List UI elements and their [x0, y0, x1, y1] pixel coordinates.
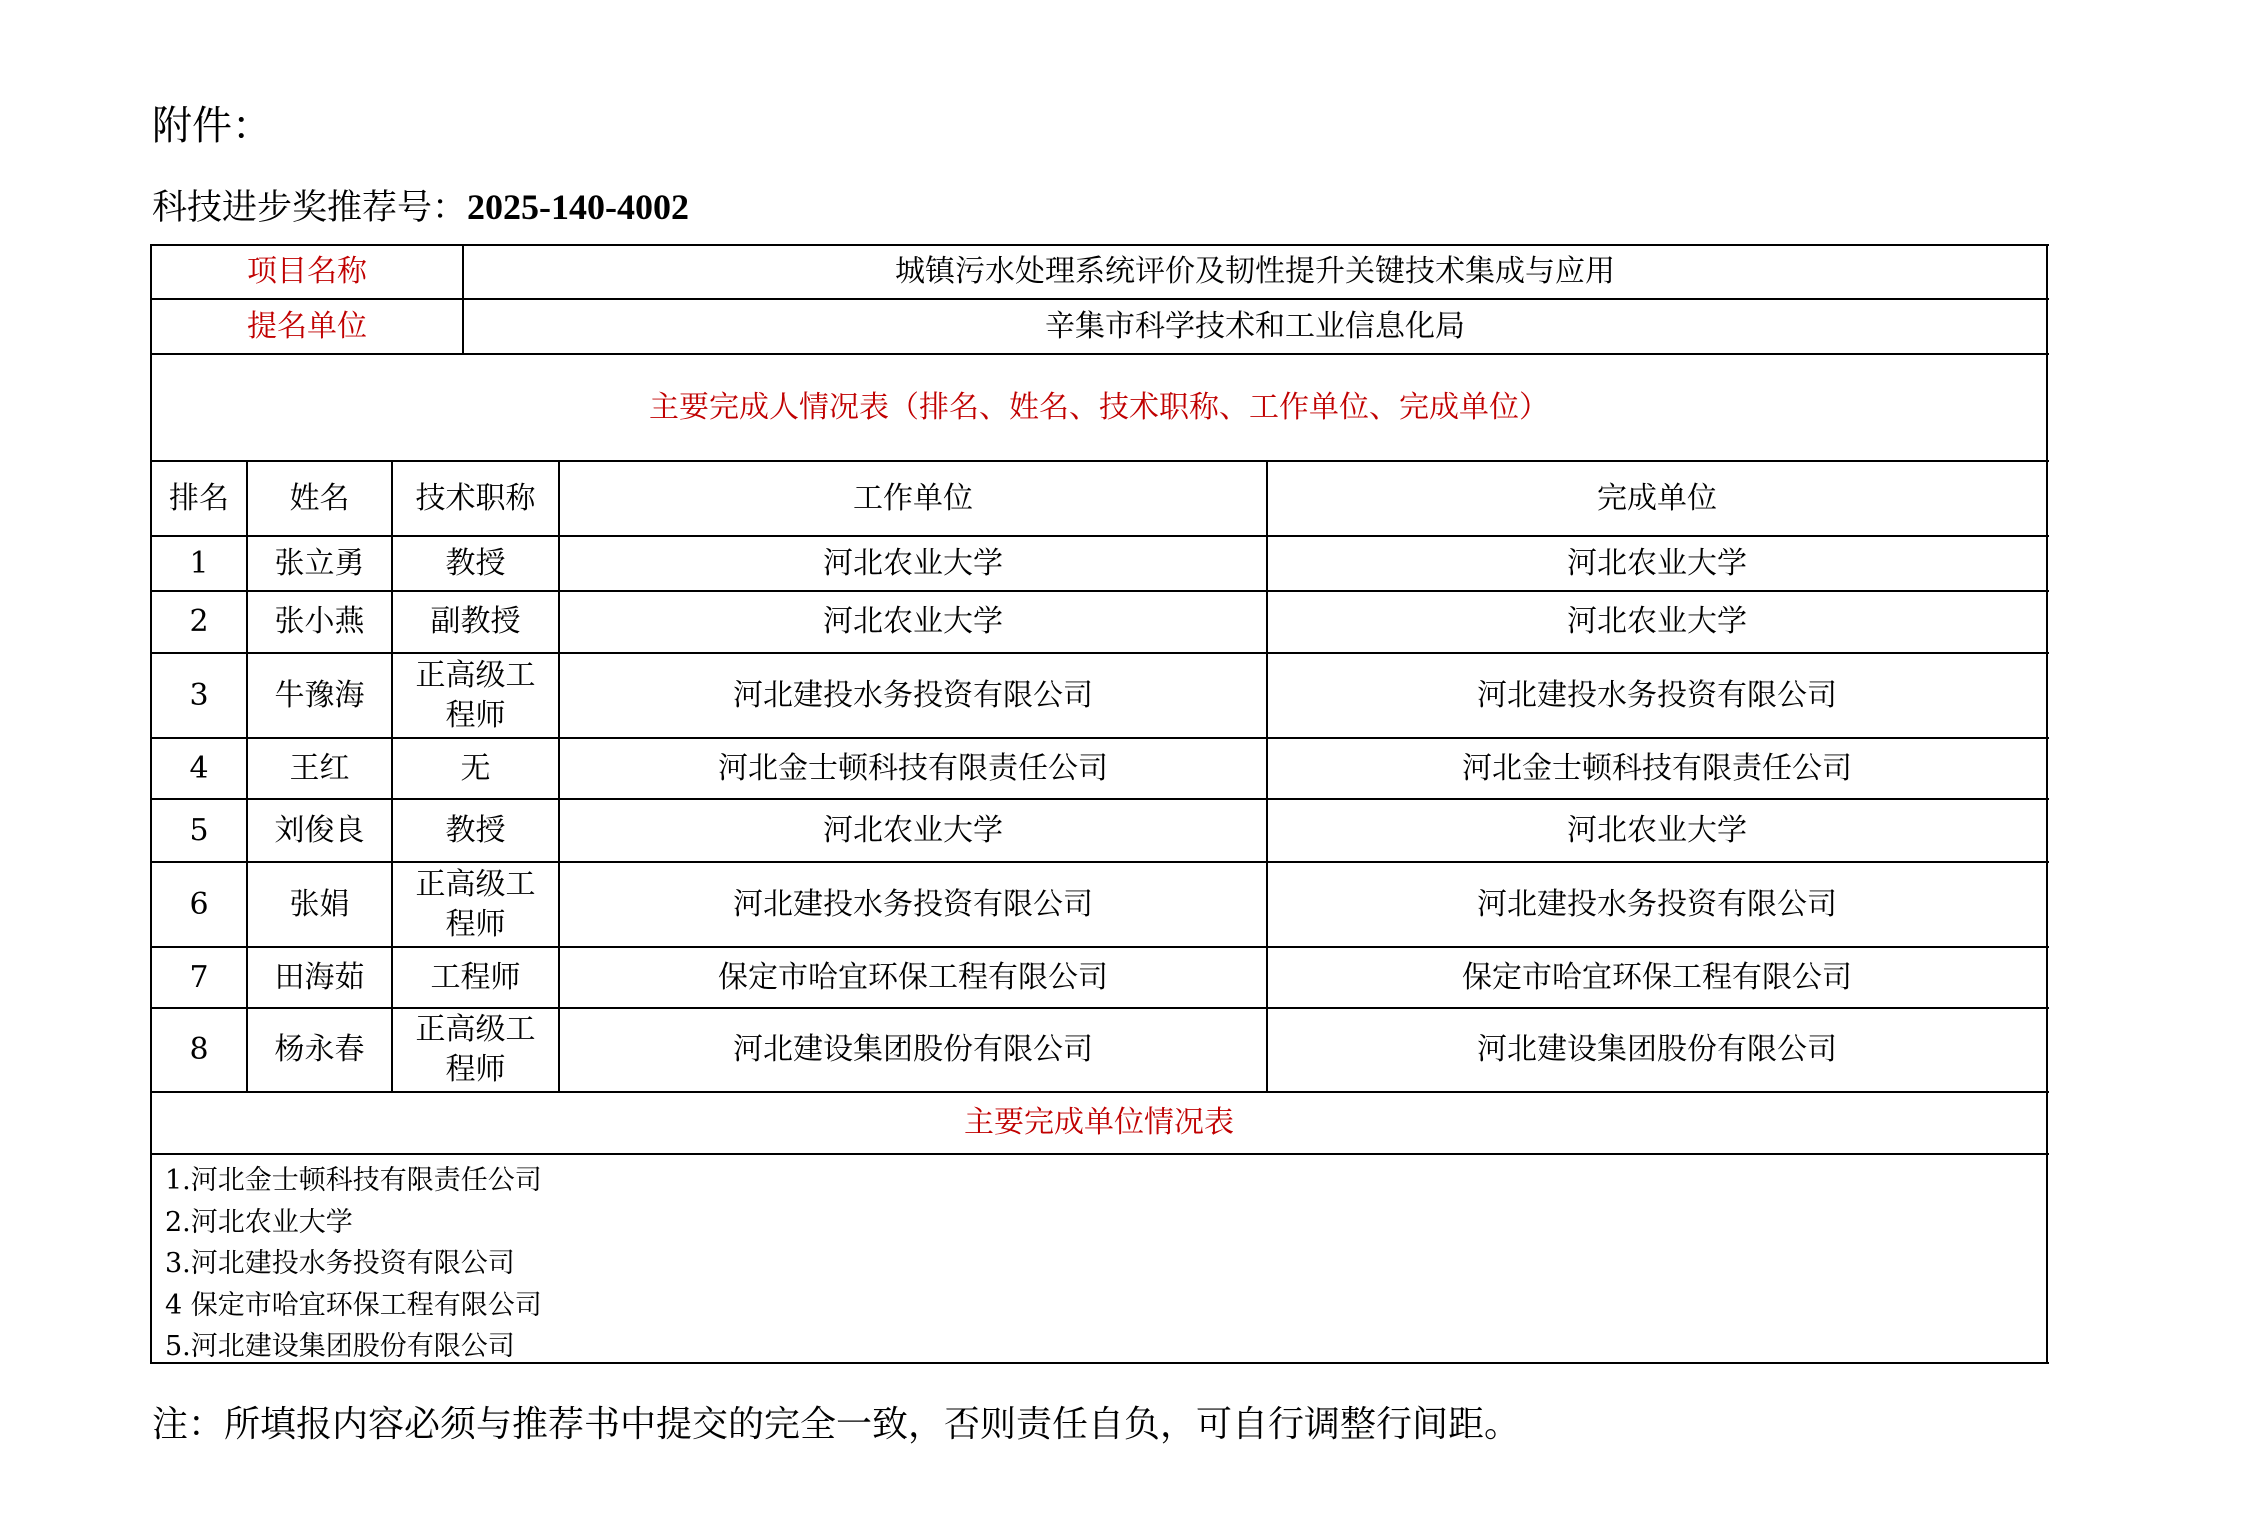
- cell-complete-unit: 河北建投水务投资有限公司: [1268, 863, 2046, 946]
- col-header-title: 技术职称: [393, 462, 558, 535]
- attachment-label: 附件：: [152, 94, 272, 151]
- cell-rank: 8: [152, 1009, 246, 1091]
- cell-complete-unit: 河北农业大学: [1268, 537, 2046, 590]
- cell-title: 工程师: [393, 948, 558, 1007]
- recommendation-number: 2025-140-4002: [467, 187, 689, 227]
- list-item: 4 保定市哈宜环保工程有限公司: [165, 1285, 542, 1327]
- persons-section-title: 主要完成人情况表（排名、姓名、技术职称、工作单位、完成单位）: [152, 355, 2046, 460]
- footnote: 注：所填报内容必须与推荐书中提交的完全一致，否则责任自负，可自行调整行间距。: [152, 1396, 1520, 1447]
- cell-rank: 2: [152, 592, 246, 652]
- cell-title: 正高级工程师: [393, 1009, 558, 1091]
- cell-rank: 5: [152, 800, 246, 861]
- col-header-complete-unit: 完成单位: [1268, 462, 2046, 535]
- units-section-title: 主要完成单位情况表: [152, 1093, 2046, 1153]
- cell-work-unit: 河北农业大学: [560, 592, 1266, 652]
- table-border-right: [2046, 244, 2048, 1364]
- cell-complete-unit: 河北建投水务投资有限公司: [1268, 654, 2046, 737]
- cell-name: 张娟: [248, 863, 391, 946]
- cell-work-unit: 河北建投水务投资有限公司: [560, 863, 1266, 946]
- cell-name: 张小燕: [248, 592, 391, 652]
- col-header-name: 姓名: [248, 462, 391, 535]
- list-item: 3.河北建投水务投资有限公司: [165, 1243, 542, 1285]
- cell-complete-unit: 河北农业大学: [1268, 800, 2046, 861]
- col-header-work-unit: 工作单位: [560, 462, 1266, 535]
- recommendation-line: 科技进步奖推荐号：2025-140-4002: [152, 180, 689, 230]
- cell-name: 张立勇: [248, 537, 391, 590]
- cell-name: 王红: [248, 739, 391, 798]
- cell-work-unit: 保定市哈宜环保工程有限公司: [560, 948, 1266, 1007]
- cell-title: 教授: [393, 800, 558, 861]
- nominator-label: 提名单位: [152, 300, 462, 353]
- cell-complete-unit: 保定市哈宜环保工程有限公司: [1268, 948, 2046, 1007]
- cell-name: 刘俊良: [248, 800, 391, 861]
- recommendation-prefix: 科技进步奖推荐号：: [152, 188, 467, 228]
- cell-work-unit: 河北建设集团股份有限公司: [560, 1009, 1266, 1091]
- project-name-value: 城镇污水处理系统评价及韧性提升关键技术集成与应用: [464, 246, 2046, 298]
- cell-rank: 3: [152, 654, 246, 737]
- list-item: 5.河北建设集团股份有限公司: [165, 1326, 542, 1368]
- cell-title: 副教授: [393, 592, 558, 652]
- cell-rank: 4: [152, 739, 246, 798]
- cell-complete-unit: 河北农业大学: [1268, 592, 2046, 652]
- row-divider: [150, 1153, 2049, 1155]
- units-list: 1.河北金士顿科技有限责任公司 2.河北农业大学 3.河北建投水务投资有限公司 …: [165, 1160, 542, 1368]
- cell-rank: 1: [152, 537, 246, 590]
- cell-title: 无: [393, 739, 558, 798]
- list-item: 1.河北金士顿科技有限责任公司: [165, 1160, 542, 1202]
- cell-rank: 6: [152, 863, 246, 946]
- list-item: 2.河北农业大学: [165, 1202, 542, 1244]
- cell-work-unit: 河北农业大学: [560, 537, 1266, 590]
- cell-complete-unit: 河北金士顿科技有限责任公司: [1268, 739, 2046, 798]
- project-name-label: 项目名称: [152, 246, 462, 298]
- cell-title: 教授: [393, 537, 558, 590]
- cell-work-unit: 河北农业大学: [560, 800, 1266, 861]
- cell-work-unit: 河北建投水务投资有限公司: [560, 654, 1266, 737]
- cell-title: 正高级工程师: [393, 654, 558, 737]
- cell-title: 正高级工程师: [393, 863, 558, 946]
- col-header-rank: 排名: [152, 462, 246, 535]
- cell-rank: 7: [152, 948, 246, 1007]
- cell-name: 杨永春: [248, 1009, 391, 1091]
- cell-name: 牛豫海: [248, 654, 391, 737]
- cell-name: 田海茹: [248, 948, 391, 1007]
- cell-work-unit: 河北金士顿科技有限责任公司: [560, 739, 1266, 798]
- nominator-value: 辛集市科学技术和工业信息化局: [464, 300, 2046, 353]
- cell-complete-unit: 河北建设集团股份有限公司: [1268, 1009, 2046, 1091]
